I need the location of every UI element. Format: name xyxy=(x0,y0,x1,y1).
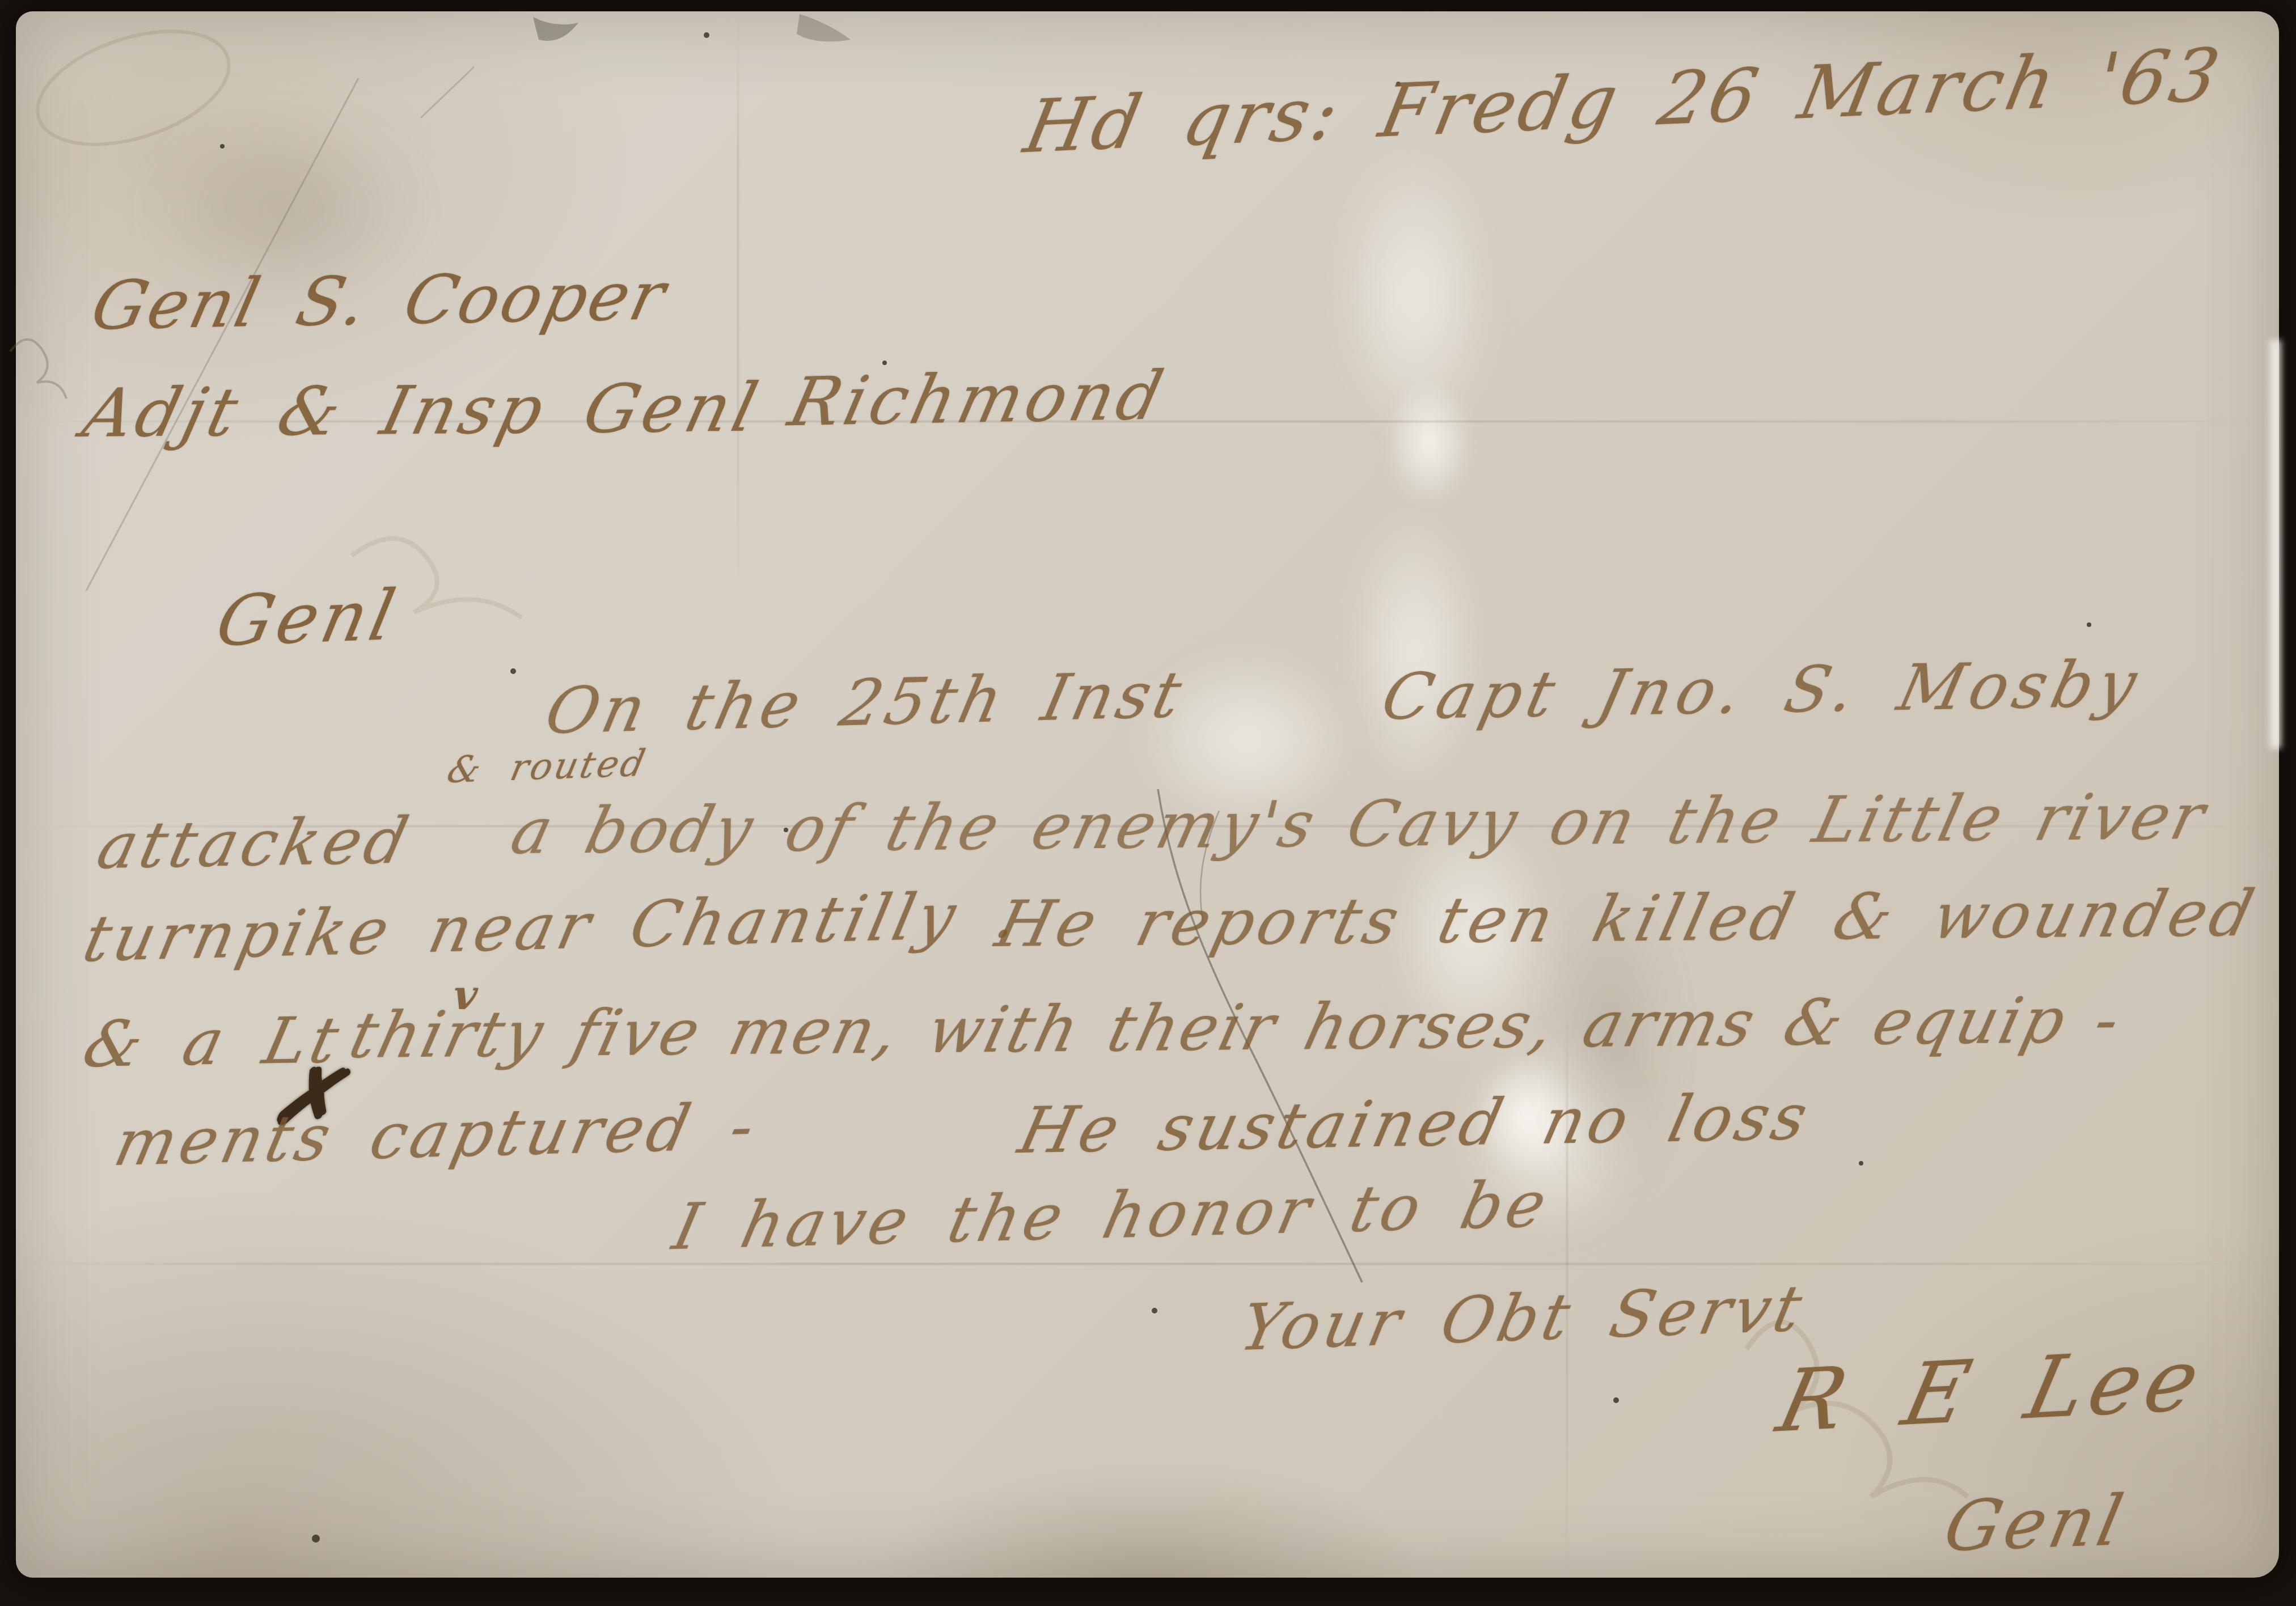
addressee-title: Adjt & Insp Genl xyxy=(75,368,768,452)
signature-rank: Genl xyxy=(1938,1480,2133,1567)
body-line1-right: Capt Jno. S. Mosby xyxy=(1375,647,2149,734)
body-line3-right: He reports ten killed & wounded xyxy=(989,877,2264,962)
body-line2-left: attacked xyxy=(91,804,418,883)
photograph-background: Hd qrs: Fredg 26 March '63 Genl S. Coope… xyxy=(0,0,2296,1606)
body-line4-right: thirty five men, with their horses, arms… xyxy=(343,984,2129,1073)
torn-paper-edge xyxy=(2270,340,2281,748)
interlined-insertion: & routed xyxy=(443,742,651,791)
vertical-fold-line xyxy=(737,17,739,584)
body-line5-right: He sustained no loss xyxy=(1012,1080,1818,1168)
horizontal-fold-line xyxy=(23,1263,2271,1265)
salutation: Genl xyxy=(210,574,405,662)
addressee-place: Richmond xyxy=(782,356,1174,441)
body-line2-right: a body of the enemy's Cavy on the Little… xyxy=(504,780,2214,868)
addressee-name: Genl S. Cooper xyxy=(84,256,675,345)
